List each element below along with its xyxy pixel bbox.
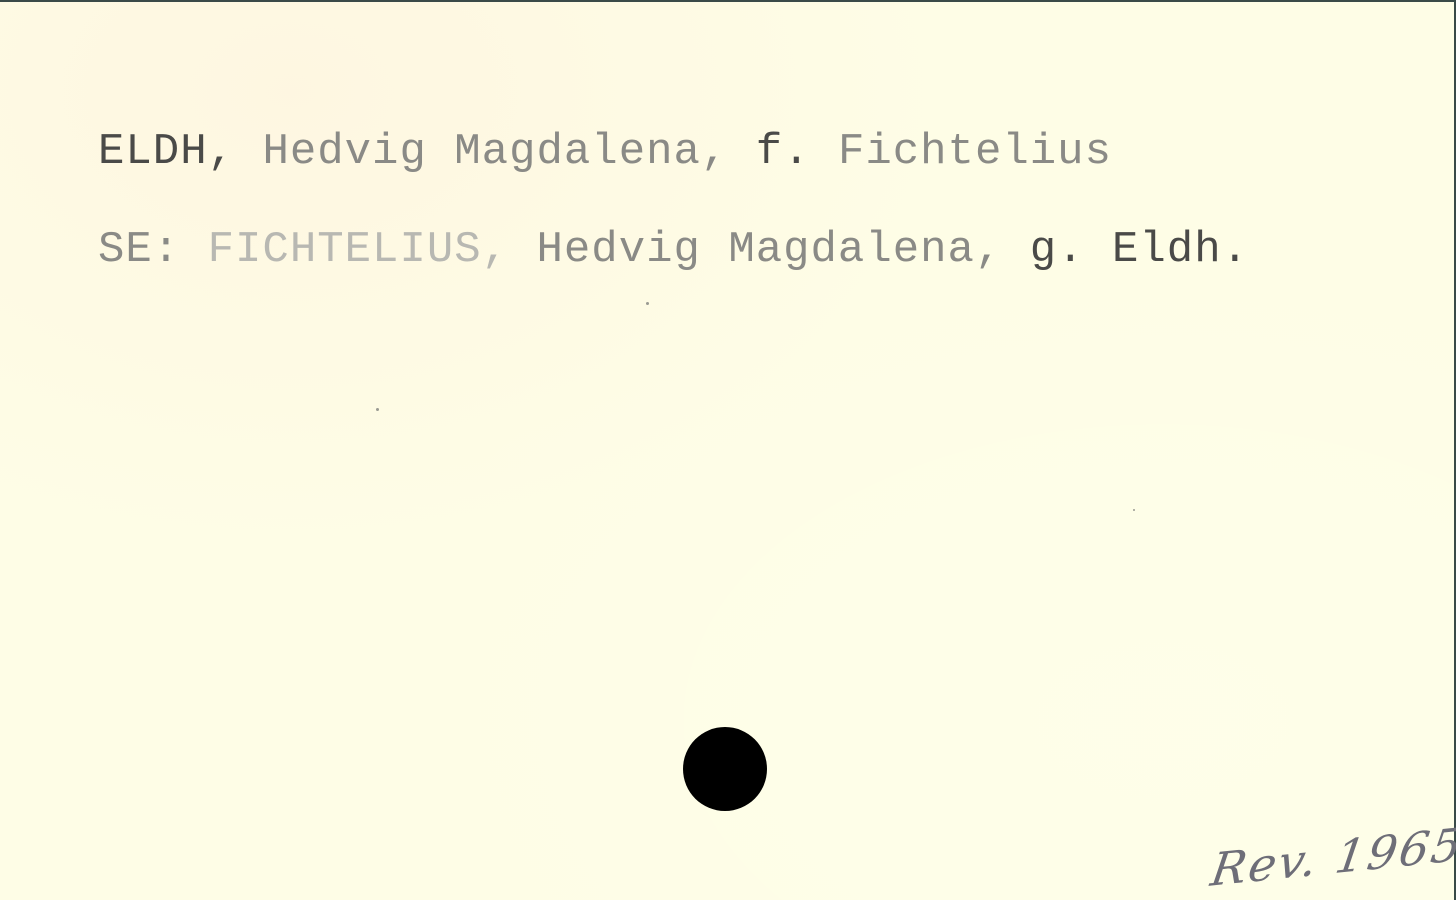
paper-speck (646, 302, 649, 305)
handwritten-revision-note: Rev. 1965 (1208, 817, 1456, 896)
entry-given-names: Hedvig Magdalena, (262, 127, 728, 177)
paper-speck (376, 408, 379, 411)
entry-note-prefix: f. (756, 127, 811, 177)
paper-speck (1133, 509, 1135, 511)
card-cross-reference-line: SE: FICHTELIUS, Hedvig Magdalena, g. Eld… (98, 228, 1249, 272)
archive-index-card: ELDH, Hedvig Magdalena, f. Fichtelius SE… (0, 0, 1456, 900)
reference-given-names: Hedvig Magdalena, (536, 225, 1002, 275)
entry-maiden-name: Fichtelius (838, 127, 1112, 177)
reference-surname: FICHTELIUS, (208, 225, 509, 275)
reference-married-name: Eldh. (1112, 225, 1249, 275)
see-label: SE: (98, 225, 180, 275)
entry-surname: ELDH, (98, 127, 235, 177)
reference-note-prefix: g. (1030, 225, 1085, 275)
card-heading-line: ELDH, Hedvig Magdalena, f. Fichtelius (98, 130, 1112, 174)
punch-hole (683, 727, 767, 811)
